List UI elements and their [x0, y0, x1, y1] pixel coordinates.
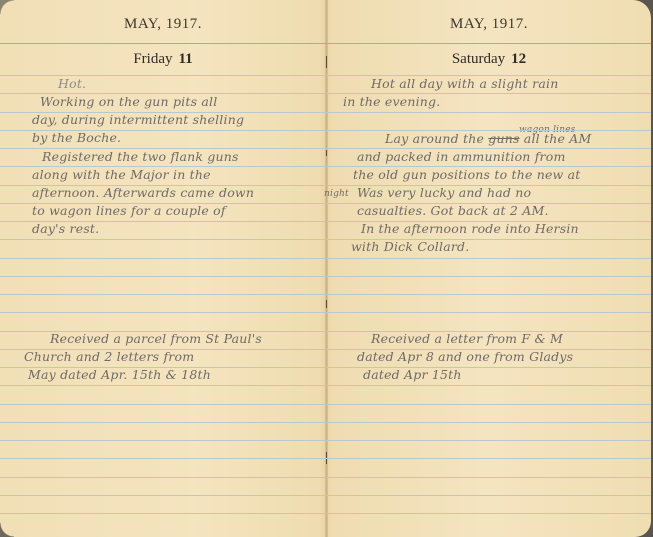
left-header-rule — [0, 43, 326, 44]
note-line: May dated Apr. 15th & 18th — [28, 367, 211, 382]
left-day-name: Friday — [133, 51, 172, 67]
page-corner — [0, 0, 14, 14]
right-month-header: MAY, 1917. — [327, 16, 651, 33]
ruled-line — [0, 276, 651, 277]
diary-spread: MAY, 1917. Friday11 Hot. Working on the … — [0, 0, 651, 537]
ruled-line — [0, 221, 651, 222]
entry-line-start: Lay around the — [385, 131, 484, 146]
right-day-header: Saturday12 — [327, 51, 651, 68]
right-day-name: Saturday — [452, 51, 505, 67]
entry-line: in the evening. — [343, 94, 440, 109]
ruled-line — [0, 495, 651, 496]
ruled-line — [0, 294, 651, 295]
left-month-header: MAY, 1917. — [0, 16, 326, 33]
right-day-number: 12 — [511, 51, 526, 67]
ruled-line — [0, 458, 651, 459]
entry-line: the old gun positions to the new at — [353, 167, 581, 182]
ruled-line — [0, 404, 651, 405]
entry-line: Hot all day with a slight rain — [371, 76, 558, 91]
note-line: dated Apr 8 and one from Gladys — [357, 349, 573, 364]
ruled-line — [0, 239, 651, 240]
entry-line: Registered the two flank guns — [42, 149, 239, 164]
entry-line: by the Boche. — [32, 130, 121, 145]
ruled-line — [0, 185, 651, 186]
margin-note: night — [324, 189, 349, 199]
ruled-line — [0, 367, 651, 368]
entry-line: day's rest. — [32, 221, 99, 236]
ruled-line — [0, 477, 651, 478]
note-line: Received a parcel from St Paul's — [50, 331, 262, 346]
entry-line: Working on the gun pits all — [40, 94, 217, 109]
entry-line: casualties. Got back at 2 AM. — [357, 203, 549, 218]
ruled-line — [0, 258, 651, 259]
ruled-line — [0, 385, 651, 386]
ruled-line — [0, 513, 651, 514]
note-line: dated Apr 15th — [363, 367, 462, 382]
page-corner — [0, 523, 14, 537]
entry-line: Was very lucky and had no — [357, 185, 531, 200]
ruled-line — [0, 349, 651, 350]
ruled-line — [0, 440, 651, 441]
ruled-line — [0, 422, 651, 423]
left-day-number: 11 — [178, 51, 192, 67]
left-page: MAY, 1917. Friday11 Hot. Working on the … — [0, 0, 326, 537]
ruled-line — [0, 93, 651, 94]
ruled-line — [0, 166, 651, 167]
right-page: MAY, 1917. Saturday12 Hot all day with a… — [327, 0, 651, 537]
entry-line-end: all the AM — [524, 131, 592, 146]
entry-line: to wagon lines for a couple of — [32, 203, 226, 218]
entry-line: afternoon. Afterwards came down — [32, 185, 254, 200]
entry-line: along with the Major in the — [32, 167, 211, 182]
entry-line: with Dick Collard. — [351, 239, 469, 254]
note-line: Received a letter from F & M — [371, 331, 563, 346]
entry-line: and packed in ammunition from — [357, 149, 566, 164]
entry-line: day, during intermittent shelling — [32, 112, 244, 127]
entry-line: Hot. — [58, 76, 86, 91]
left-day-header: Friday11 — [0, 51, 326, 68]
ruled-line — [0, 112, 651, 113]
ruled-line — [0, 148, 651, 149]
struck-word: guns — [488, 131, 519, 146]
ruled-line — [0, 130, 651, 131]
entry-line: In the afternoon rode into Hersin — [361, 221, 579, 236]
ruled-line — [0, 312, 651, 313]
ruled-line — [0, 331, 651, 332]
ruled-line — [0, 75, 651, 76]
note-line: Church and 2 letters from — [24, 349, 194, 364]
entry-line: Lay around the guns all the AM — [385, 131, 592, 146]
right-header-rule — [327, 43, 651, 44]
ruled-line — [0, 203, 651, 204]
